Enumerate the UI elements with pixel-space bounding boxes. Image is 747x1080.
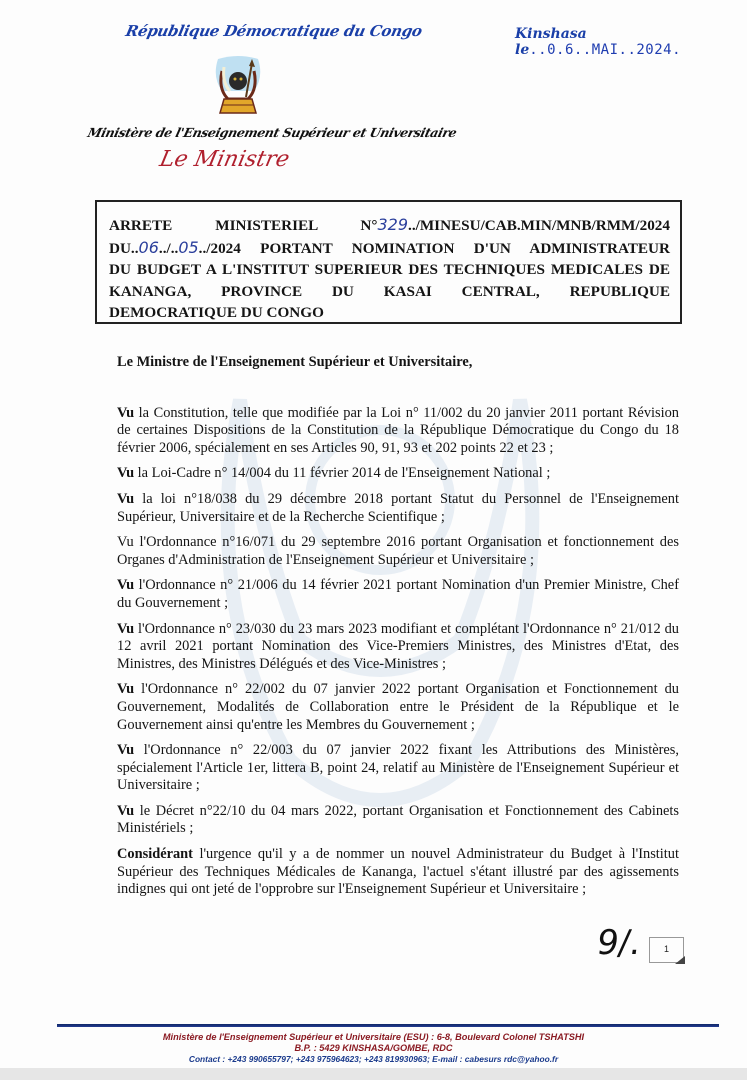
decree-body: Le Ministre de l'Enseignement Supérieur … bbox=[117, 354, 679, 907]
paragraph: Vu la loi n°18/038 du 29 décembre 2018 p… bbox=[117, 491, 679, 526]
paragraph-lead: Considérant bbox=[117, 846, 193, 862]
paragraph-text: l'urgence qu'il y a de nommer un nouvel … bbox=[117, 846, 679, 897]
title-line-3: DU BUDGET A L'INSTITUT SUPERIEUR DES TEC… bbox=[109, 259, 670, 281]
coat-of-arms-icon bbox=[210, 55, 266, 117]
title-subject: ../2024 PORTANT NOMINATION D'UN ADMINIST… bbox=[199, 240, 670, 257]
decree-number-handwritten: 329 bbox=[377, 215, 408, 234]
date-separator: ../.. bbox=[159, 240, 178, 257]
footer-po-box: B.P. : 5429 KINSHASA/GOMBE, RDC bbox=[0, 1043, 747, 1054]
ministry-heading: Ministère de l'Enseignement Supérieur et… bbox=[86, 125, 458, 140]
paragraph-text: l'Ordonnance n° 22/002 du 07 janvier 202… bbox=[117, 681, 679, 732]
office-heading: Le Ministre bbox=[157, 147, 291, 172]
paragraph-text: l'Ordonnance n° 23/030 du 23 mars 2023 m… bbox=[117, 621, 679, 672]
paragraph-lead: Vu bbox=[117, 681, 134, 697]
paragraph: Vu l'Ordonnance n°16/071 du 29 septembre… bbox=[117, 534, 679, 569]
paragraph: Vu l'Ordonnance n° 22/003 du 07 janvier … bbox=[117, 742, 679, 795]
title-line-1: ARRETE MINISTERIEL N°329../MINESU/CAB.MI… bbox=[109, 214, 670, 237]
decree-label: ARRETE MINISTERIEL N° bbox=[109, 217, 377, 234]
title-line-2: DU..06../..05../2024 PORTANT NOMINATION … bbox=[109, 237, 670, 260]
paragraph-text: la loi n°18/038 du 29 décembre 2018 port… bbox=[117, 491, 679, 525]
paragraph-lead: Vu bbox=[117, 405, 134, 421]
paragraph-lead: Vu bbox=[117, 491, 134, 507]
paragraph-lead: Vu bbox=[117, 803, 134, 819]
paragraph-lead: Vu bbox=[117, 465, 134, 481]
footer-address: Ministère de l'Enseignement Supérieur et… bbox=[0, 1032, 747, 1043]
decree-title-box: ARRETE MINISTERIEL N°329../MINESU/CAB.MI… bbox=[95, 200, 682, 324]
place-date: Kinshasa le..0.6..MAI..2024. bbox=[515, 26, 747, 58]
paragraph: Vu l'Ordonnance n° 23/030 du 23 mars 202… bbox=[117, 621, 679, 674]
decree-reference: ../MINESU/CAB.MIN/MNB/RMM/2024 bbox=[408, 217, 670, 234]
paragraph-text: le Décret n°22/10 du 04 mars 2022, porta… bbox=[117, 803, 679, 837]
paragraph: Vu la Constitution, telle que modifiée p… bbox=[117, 405, 679, 458]
page-number: 1 bbox=[664, 944, 669, 954]
paragraph-lead: Vu bbox=[117, 621, 134, 637]
paragraph-text: l'Ordonnance n° 21/006 du 14 février 202… bbox=[117, 577, 679, 611]
page-number-box: 1 bbox=[649, 937, 684, 963]
paragraph: Vu le Décret n°22/10 du 04 mars 2022, po… bbox=[117, 803, 679, 838]
paragraph-text: l'Ordonnance n° 22/003 du 07 janvier 202… bbox=[117, 742, 679, 793]
month-handwritten: 05 bbox=[178, 238, 198, 257]
paragraph-lead: Vu bbox=[117, 577, 134, 593]
paragraph-text: l'Ordonnance n°16/071 du 29 septembre 20… bbox=[117, 534, 679, 568]
paragraph: Vu la Loi-Cadre n° 14/004 du 11 février … bbox=[117, 465, 679, 483]
date-stamp: ..0.6..MAI..2024. bbox=[529, 42, 681, 58]
paragraph: Vu l'Ordonnance n° 22/002 du 07 janvier … bbox=[117, 681, 679, 734]
handwritten-mark: 9/. bbox=[594, 923, 644, 963]
paragraph-lead: Vu bbox=[117, 534, 134, 550]
scan-edge bbox=[0, 1068, 747, 1080]
title-line-4: KANANGA, PROVINCE DU KASAI CENTRAL, REPU… bbox=[109, 281, 670, 303]
footer: Ministère de l'Enseignement Supérieur et… bbox=[0, 1032, 747, 1065]
paragraph: Considérant l'urgence qu'il y a de nomme… bbox=[117, 846, 679, 899]
paragraph-lead: Vu bbox=[117, 742, 134, 758]
footer-contact: Contact : +243 990655797; +243 975964623… bbox=[0, 1054, 747, 1065]
page-curl-icon bbox=[675, 956, 685, 964]
intro-line: Le Ministre de l'Enseignement Supérieur … bbox=[117, 354, 679, 372]
day-handwritten: 06 bbox=[139, 238, 159, 257]
paragraph-text: la Constitution, telle que modifiée par … bbox=[117, 405, 679, 456]
paragraph: Vu l'Ordonnance n° 21/006 du 14 février … bbox=[117, 577, 679, 612]
footer-rule bbox=[57, 1024, 719, 1027]
paragraph-text: la Loi-Cadre n° 14/004 du 11 février 201… bbox=[134, 465, 550, 481]
title-line-5: DEMOCRATIQUE DU CONGO bbox=[109, 302, 670, 324]
country-heading: République Démocratique du Congo bbox=[124, 22, 424, 40]
date-prefix: DU.. bbox=[109, 240, 139, 257]
